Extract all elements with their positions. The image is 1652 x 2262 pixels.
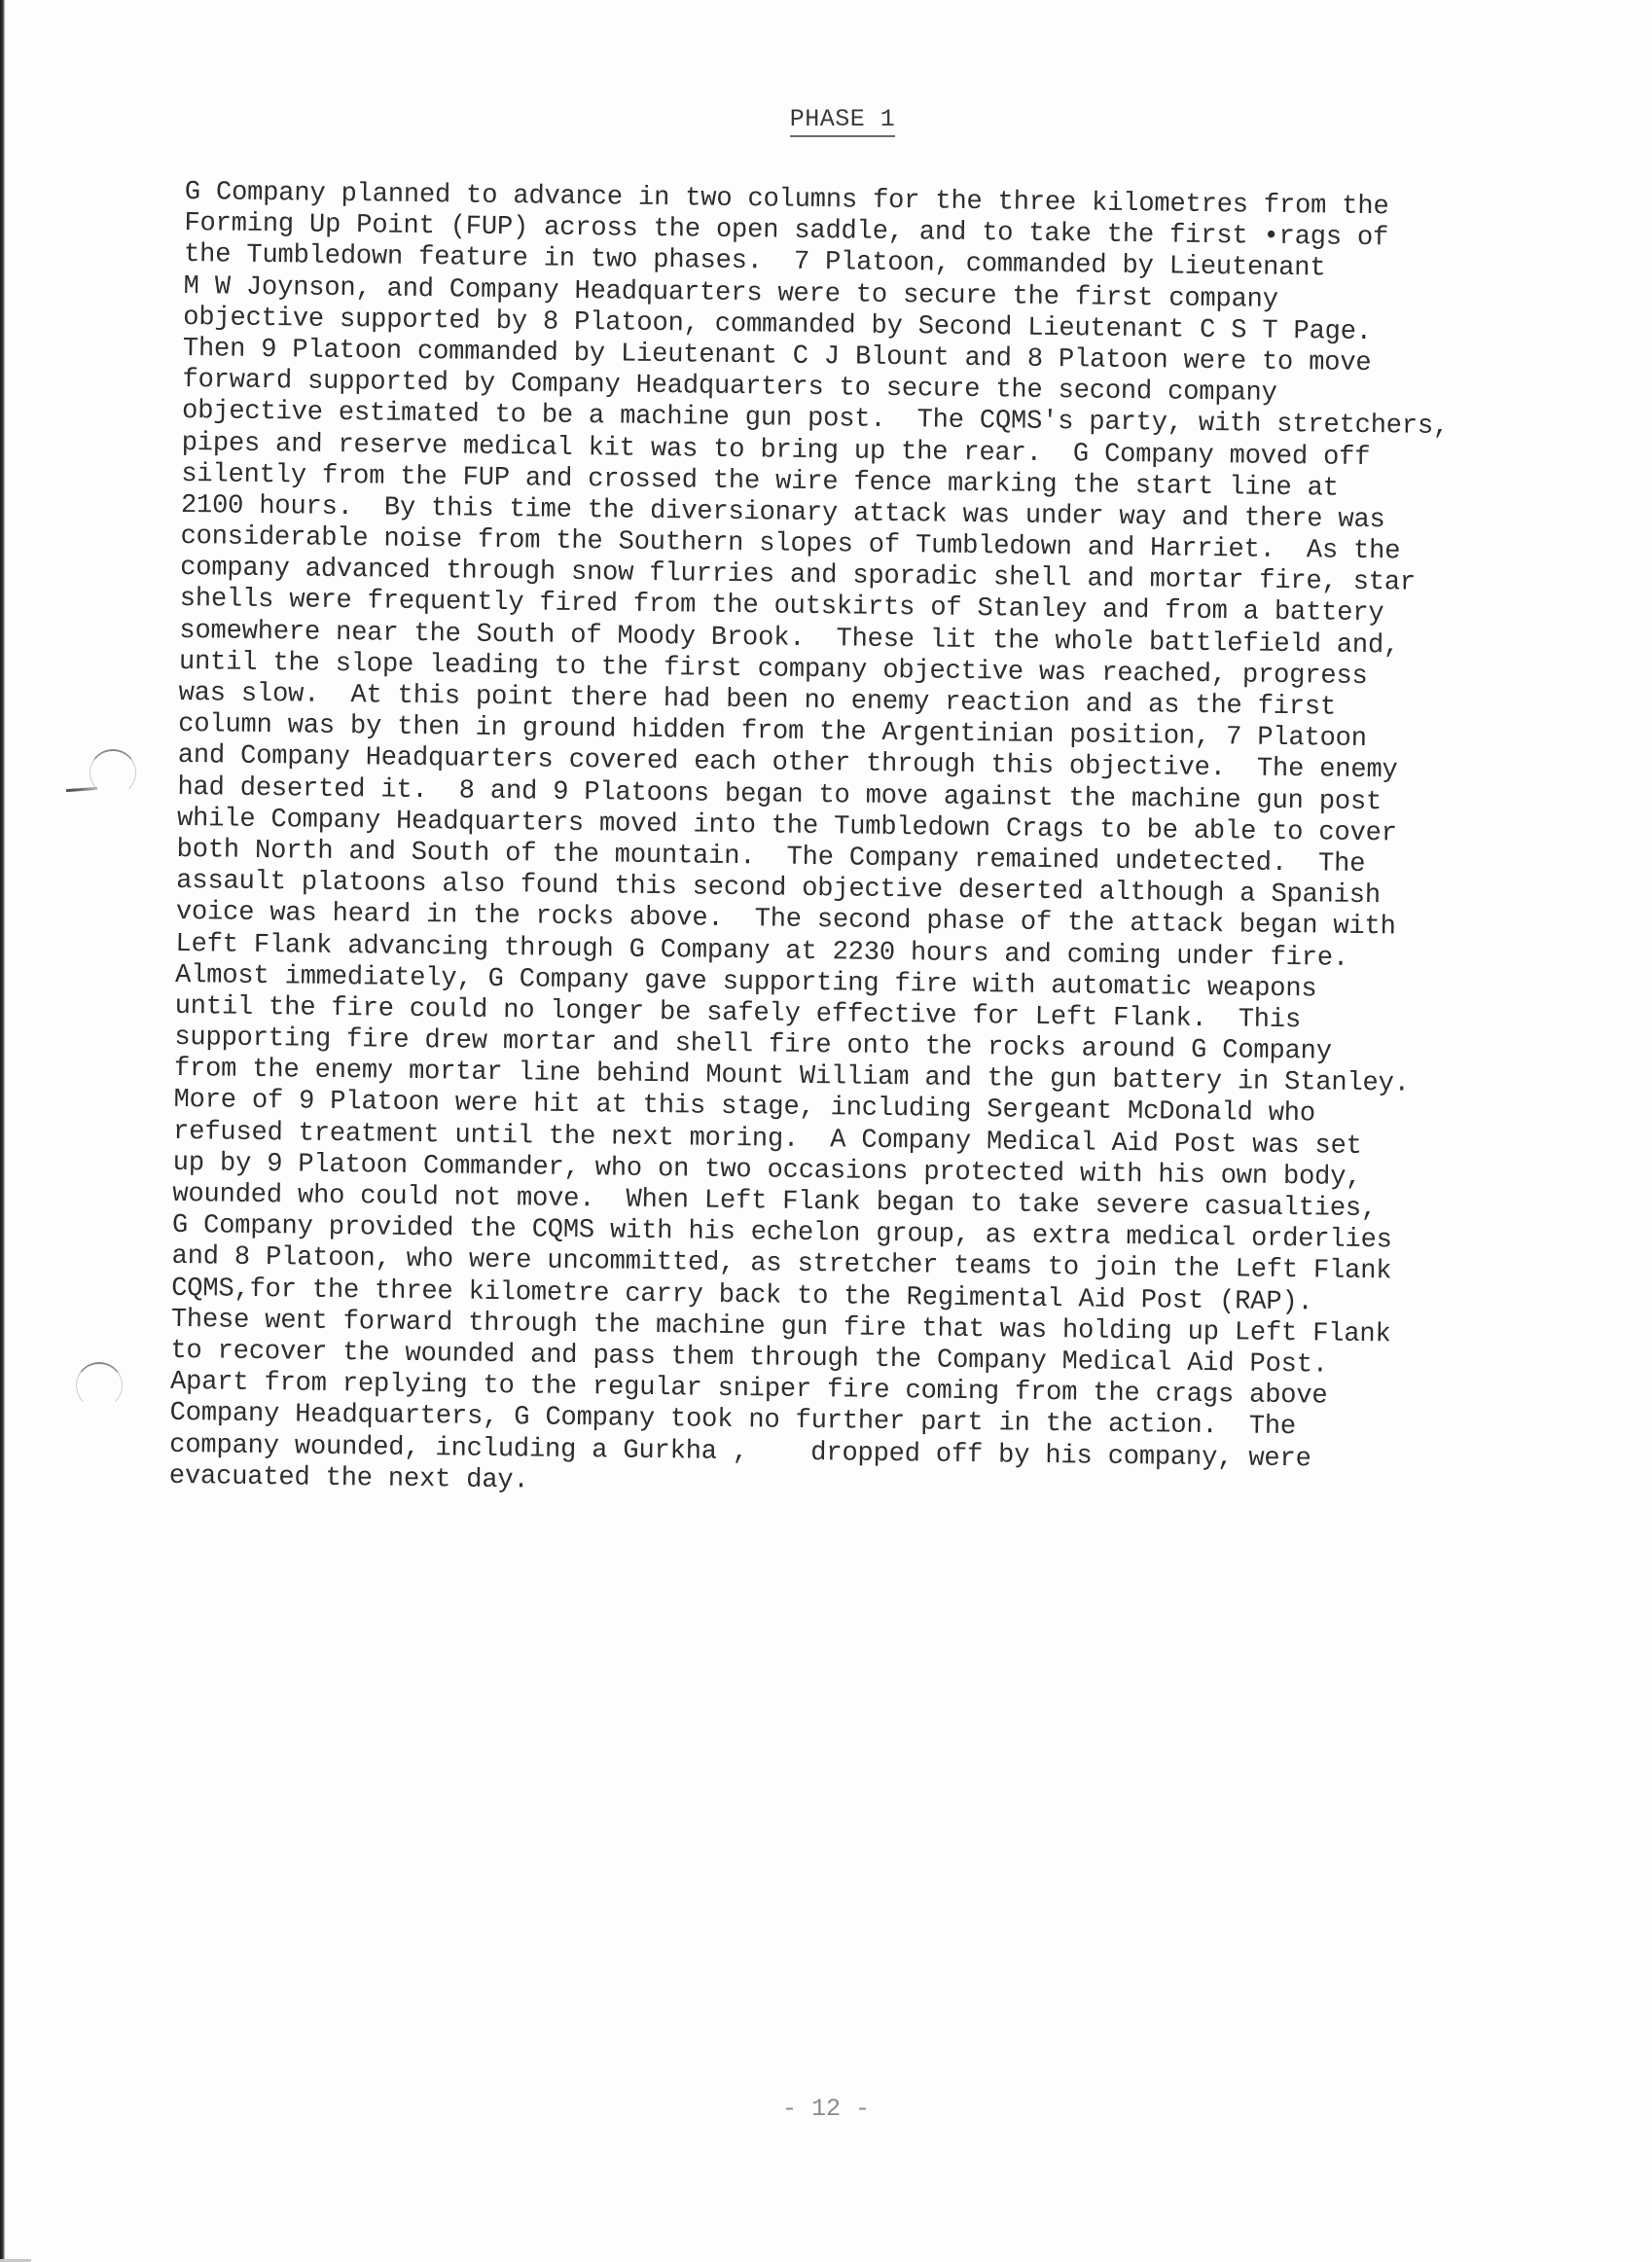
punch-hole-mark	[76, 1362, 123, 1409]
heading-text: PHASE 1	[790, 105, 896, 137]
page-heading: PHASE 1	[0, 105, 1652, 137]
body-paragraph: G Company planned to advance in two colu…	[169, 177, 1533, 1509]
document-page: PHASE 1 G Company planned to advance in …	[0, 0, 1652, 2262]
scan-edge	[0, 0, 5, 2262]
stray-ink-mark	[66, 787, 97, 792]
page-number: - 12 -	[0, 2095, 1652, 2123]
